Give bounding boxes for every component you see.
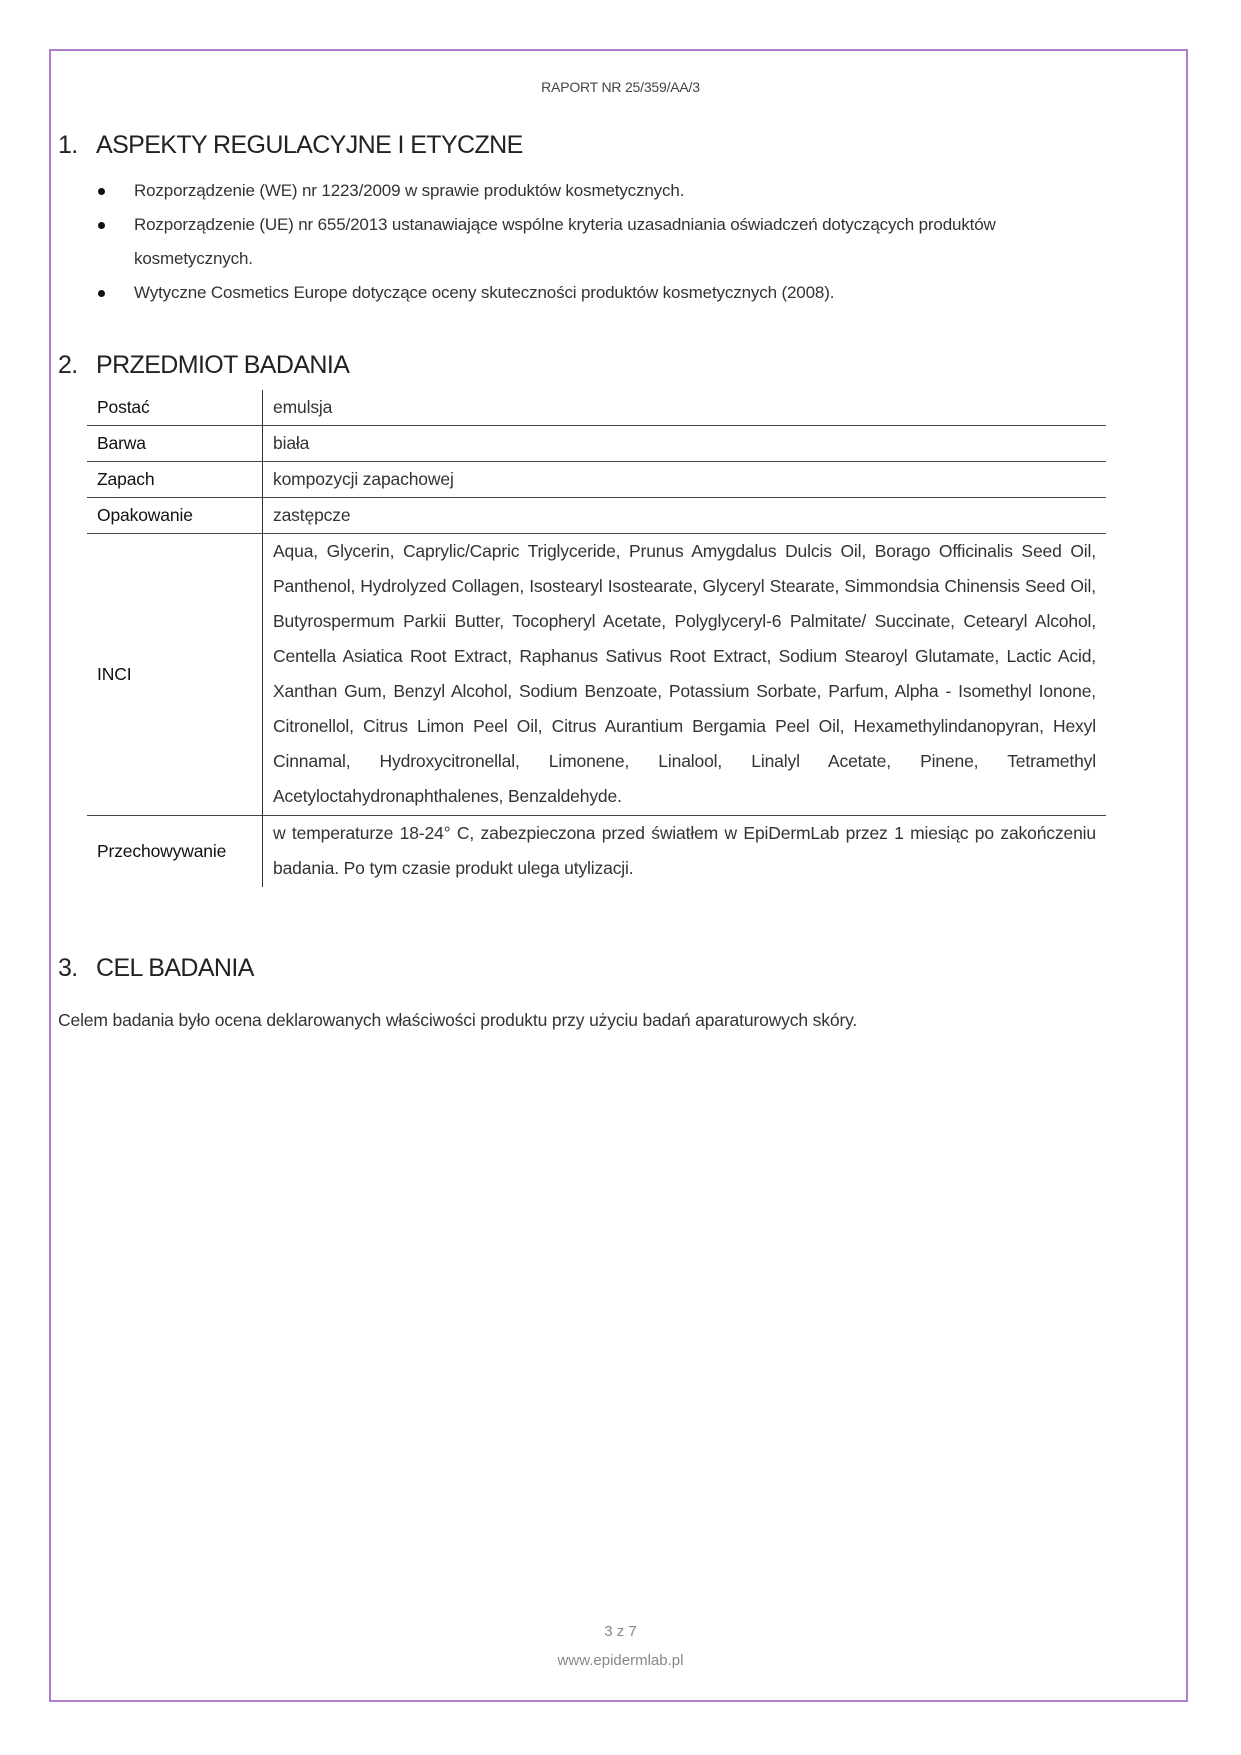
- table-row: Barwa biała: [87, 426, 1106, 462]
- list-item: Wytyczne Cosmetics Europe dotyczące ocen…: [90, 276, 1080, 310]
- section-2-heading: 2.PRZEDMIOT BADANIA: [58, 351, 349, 380]
- bullet-icon: [98, 290, 105, 297]
- row-label: Opakowanie: [87, 498, 263, 534]
- table-row: Przechowywanie w temperaturze 18-24° C, …: [87, 816, 1106, 888]
- section-3-heading: 3.CEL BADANIA: [58, 954, 254, 983]
- bullet-icon: [98, 188, 105, 195]
- row-label: Barwa: [87, 426, 263, 462]
- table-row: INCI Aqua, Glycerin, Caprylic/Capric Tri…: [87, 534, 1106, 816]
- table-row: Postać emulsja: [87, 390, 1106, 426]
- row-value: emulsja: [263, 390, 1107, 426]
- page-number: 3 z 7: [0, 1623, 1241, 1640]
- list-item-text: Wytyczne Cosmetics Europe dotyczące ocen…: [134, 283, 834, 302]
- section-2-title: PRZEDMIOT BADANIA: [96, 351, 349, 379]
- table-row: Opakowanie zastępcze: [87, 498, 1106, 534]
- website-link[interactable]: www.epidermlab.pl: [0, 1652, 1241, 1669]
- bullet-icon: [98, 222, 105, 229]
- report-number-header: RAPORT NR 25/359/AA/3: [0, 79, 1241, 95]
- row-value: w temperaturze 18-24° C, zabezpieczona p…: [263, 816, 1107, 888]
- section-3-number: 3.: [58, 954, 96, 983]
- section-1-title: ASPEKTY REGULACYJNE I ETYCZNE: [96, 131, 523, 159]
- list-item-text: Rozporządzenie (WE) nr 1223/2009 w spraw…: [134, 181, 684, 200]
- section-3-title: CEL BADANIA: [96, 954, 254, 982]
- table-row: Zapach kompozycji zapachowej: [87, 462, 1106, 498]
- study-goal-paragraph: Celem badania było ocena deklarowanych w…: [58, 1010, 857, 1031]
- row-value: biała: [263, 426, 1107, 462]
- row-value: kompozycji zapachowej: [263, 462, 1107, 498]
- row-label: Przechowywanie: [87, 816, 263, 888]
- product-details-table: Postać emulsja Barwa biała Zapach kompoz…: [87, 390, 1106, 887]
- list-item: Rozporządzenie (UE) nr 655/2013 ustanawi…: [90, 208, 1080, 276]
- row-value: zastępcze: [263, 498, 1107, 534]
- section-1-number: 1.: [58, 131, 96, 160]
- list-item: Rozporządzenie (WE) nr 1223/2009 w spraw…: [90, 174, 1080, 208]
- row-value: Aqua, Glycerin, Caprylic/Capric Triglyce…: [263, 534, 1107, 816]
- section-2-number: 2.: [58, 351, 96, 380]
- row-label: INCI: [87, 534, 263, 816]
- row-label: Postać: [87, 390, 263, 426]
- list-item-text: Rozporządzenie (UE) nr 655/2013 ustanawi…: [134, 215, 996, 268]
- regulations-list: Rozporządzenie (WE) nr 1223/2009 w spraw…: [90, 174, 1080, 310]
- row-label: Zapach: [87, 462, 263, 498]
- section-1-heading: 1.ASPEKTY REGULACYJNE I ETYCZNE: [58, 131, 523, 160]
